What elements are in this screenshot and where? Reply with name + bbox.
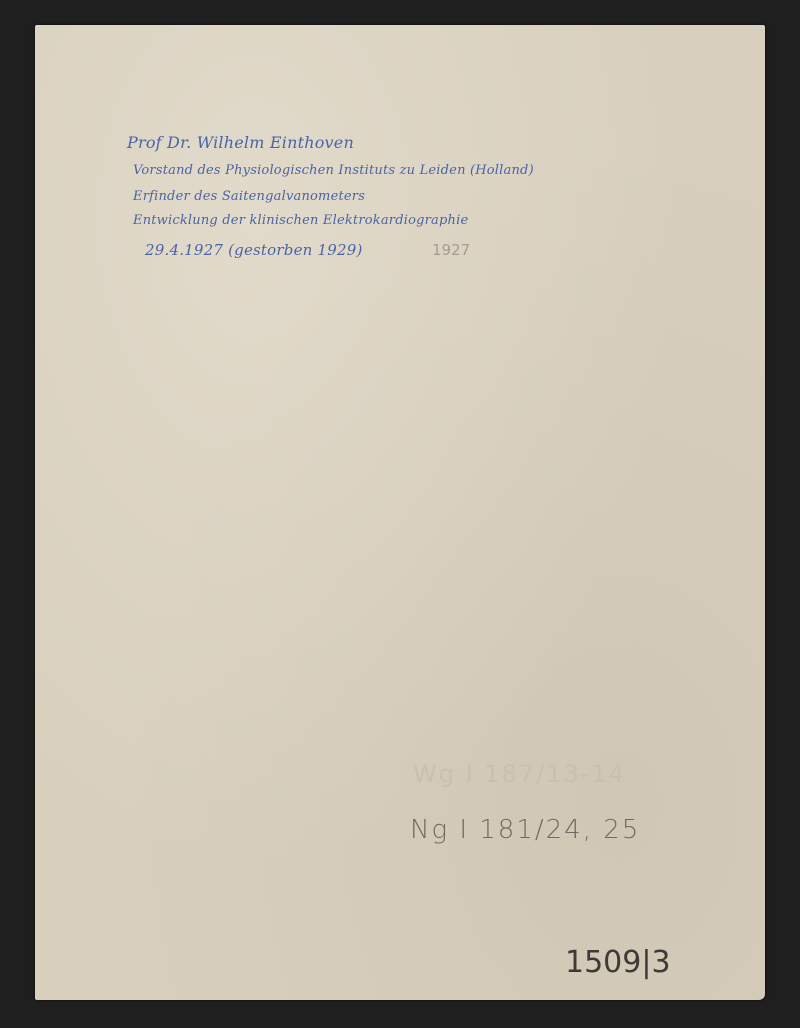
- pencil-faint-reference: Wg I 187/13-14: [413, 760, 626, 788]
- handwritten-position: Vorstand des Physiologischen Instituts z…: [133, 163, 534, 178]
- archival-card: Prof Dr. Wilhelm Einthoven Vorstand des …: [35, 25, 765, 1000]
- handwritten-name: Prof Dr. Wilhelm Einthoven: [127, 133, 354, 152]
- pencil-reference: Ng I 181/24, 25: [410, 815, 640, 845]
- handwritten-contribution: Entwicklung der klinischen Elektrokardio…: [133, 213, 468, 228]
- handwritten-invention: Erfinder des Saitengalvanometers: [133, 189, 365, 204]
- pencil-year: 1927: [432, 241, 470, 259]
- catalog-number: 1509|3: [565, 945, 671, 980]
- handwritten-date: 29.4.1927 (gestorben 1929): [145, 241, 363, 259]
